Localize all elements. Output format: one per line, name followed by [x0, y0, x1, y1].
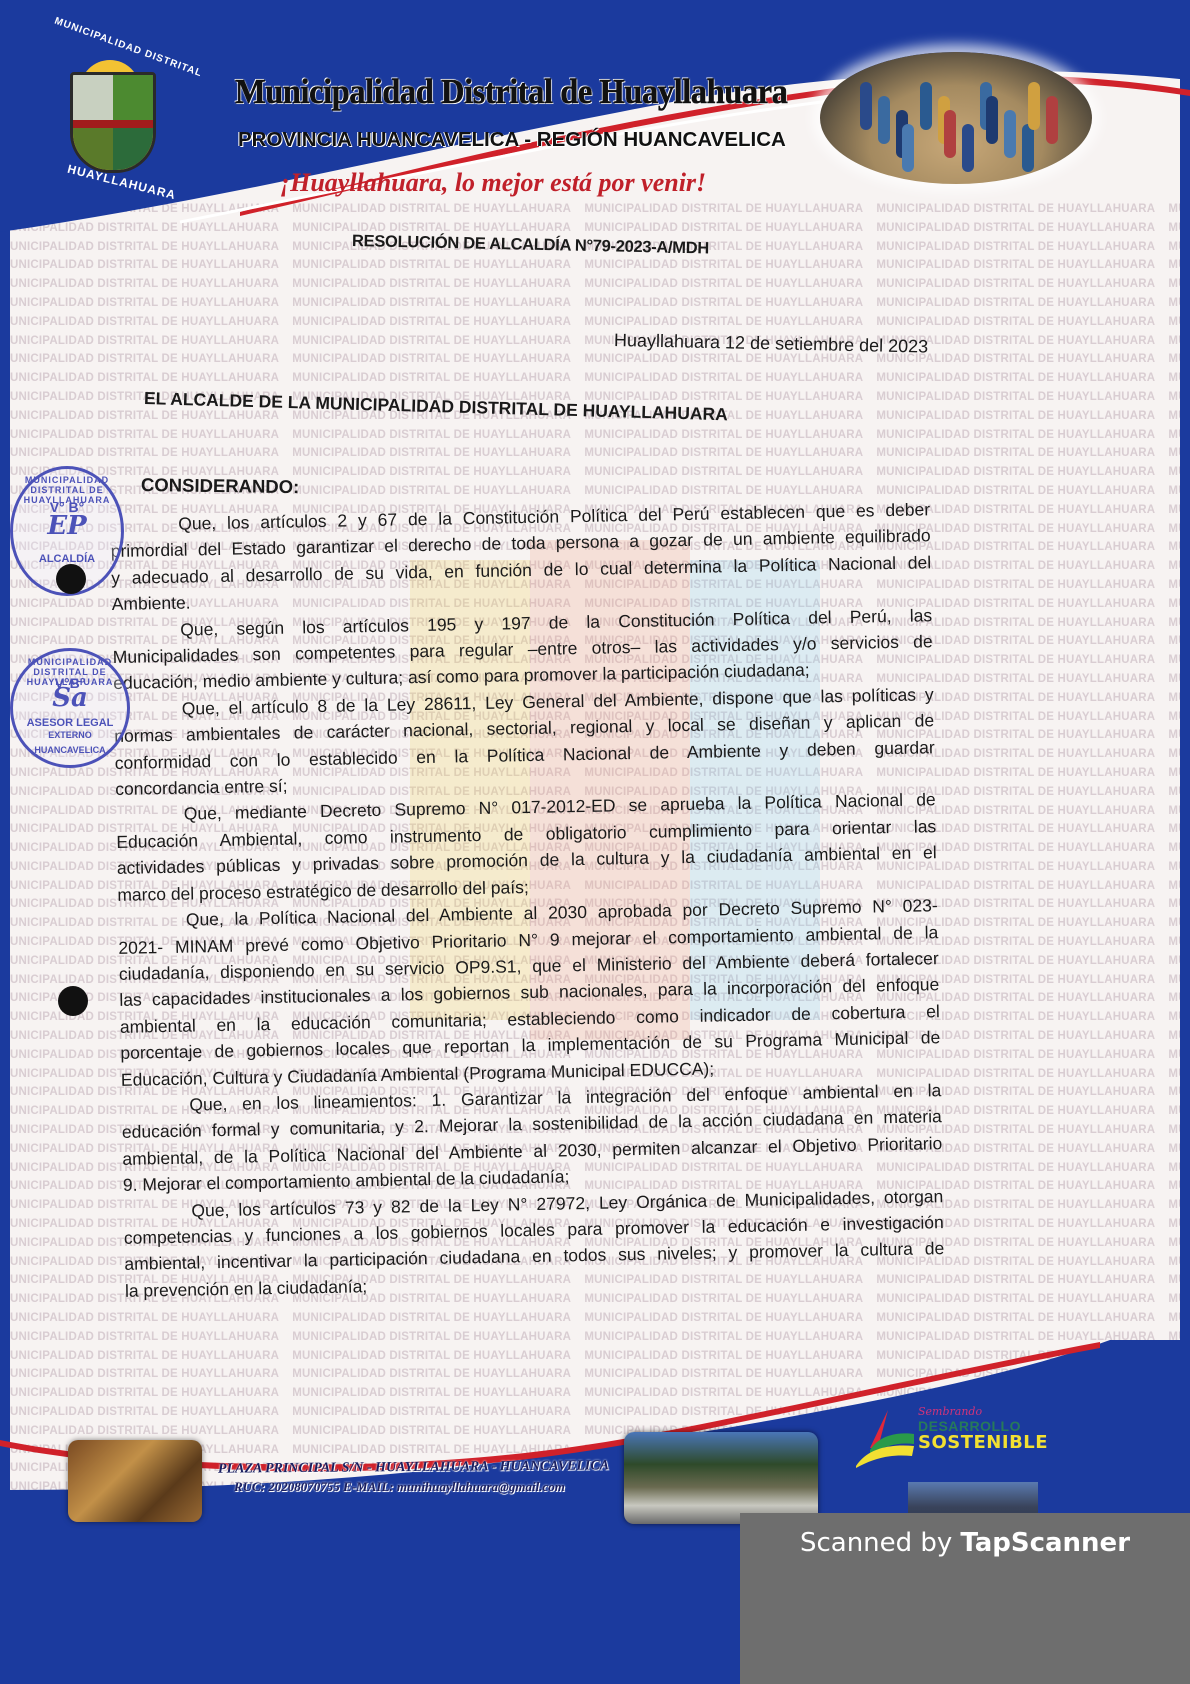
considerando-paragraph: Que, mediante Decreto Supremo N° 017-201…: [116, 787, 938, 908]
footer-address: PLAZA PRINCIPAL S/N - HUAYLLAHUARA - HUA…: [218, 1458, 609, 1477]
scanner-brand: TapScanner: [960, 1528, 1130, 1558]
considerando-paragraph: Que, los artículos 73 y 82 de la Ley N° …: [123, 1183, 945, 1304]
landscape-photo: [624, 1432, 818, 1524]
signature-icon: Sa: [13, 683, 127, 713]
festival-photo: [68, 1440, 202, 1522]
considerando-body: Que, los artículos 2 y 67 de la Constitu…: [110, 496, 945, 1304]
considerando-paragraph: Que, en los lineamientos: 1. Garantizar …: [121, 1077, 943, 1198]
scanner-badge-background: [740, 1573, 1190, 1684]
campaign-big-text: SOSTENIBLE: [918, 1432, 1048, 1453]
campaign-small-text: Sembrando: [918, 1405, 982, 1418]
scanner-watermark-badge: Scanned by TapScanner: [740, 1513, 1190, 1573]
punch-hole: [58, 986, 88, 1016]
considerando-paragraph: Que, los artículos 2 y 67 de la Constitu…: [110, 496, 932, 617]
stamp-asesor-legal: MUNICIPALIDAD DISTRITAL DE HUAYLLAHUARA …: [10, 648, 130, 768]
section-heading-considerando: CONSIDERANDO:: [141, 474, 300, 498]
issuer-heading: EL ALCALDE DE LA MUNICIPALIDAD DISTRITAL…: [144, 388, 728, 425]
footer-ruc-email: RUC: 20208070755 E-MAIL: munihuayllahuar…: [234, 1479, 565, 1495]
punch-hole: [56, 564, 86, 594]
signature-icon: EP: [13, 511, 121, 541]
considerando-paragraph: Que, la Política Nacional del Ambiente a…: [118, 892, 941, 1093]
scanner-prefix: Scanned by: [800, 1528, 952, 1558]
place-date: Huayllahuara 12 de setiembre del 2023: [614, 330, 929, 358]
considerando-paragraph: Que, el artículo 8 de la Ley 28611, Ley …: [114, 681, 936, 802]
resolution-title: RESOLUCIÓN DE ALCALDÍA N°79-2023-A/MDH: [352, 232, 709, 258]
